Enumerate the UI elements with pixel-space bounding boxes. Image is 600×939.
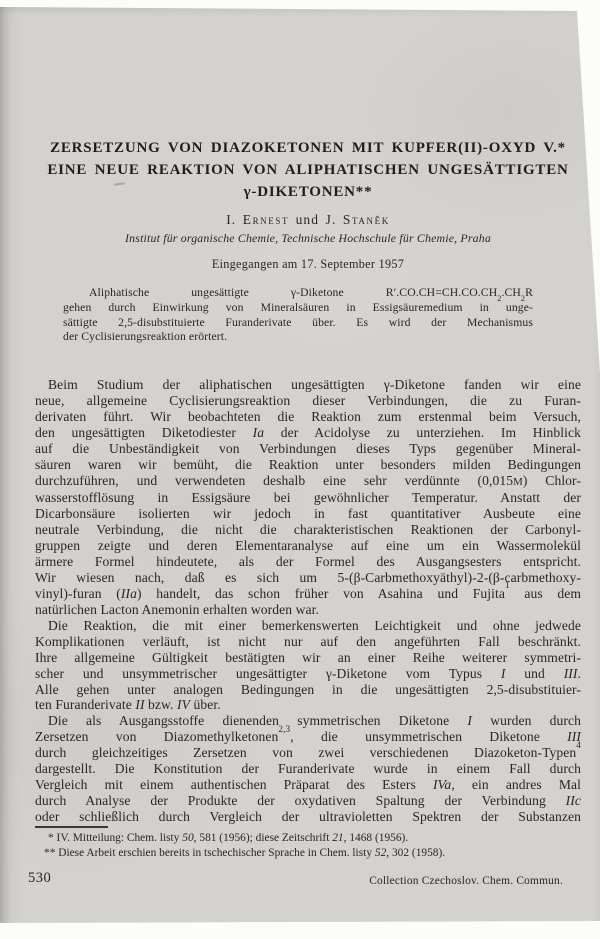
journal-name: Collection Czechoslov. Chem. Commun. <box>369 875 563 887</box>
footnotes-block: * IV. Mitteilung: Chem. listy 50, 581 (1… <box>44 831 566 862</box>
footnote-line: * IV. Mitteilung: Chem. listy 50, 581 (1… <box>44 831 566 846</box>
paragraph-1: Beim Studium der aliphatischen ungesätti… <box>35 377 581 618</box>
authors-line: I. Ernest und J. Staněk <box>35 212 581 228</box>
abstract-line: Aliphatische ungesättigte γ-Diketone R′.… <box>63 286 533 301</box>
body-line: ten Furanderivate II bzw. IV über. <box>35 697 581 713</box>
abstract-block: Aliphatische ungesättigte γ-Diketone R′.… <box>63 286 533 345</box>
body-line: neutrale Verbindung, die nicht die chara… <box>35 522 581 538</box>
body-line: ärmere Formel hindeutete, als der Formel… <box>35 554 581 570</box>
article-title-line: ZERSETZUNG VON DIAZOKETONEN MIT KUPFER(I… <box>35 137 581 159</box>
abstract-line: der Cyclisierungsreaktion erörtert. <box>63 330 533 345</box>
abstract-line: sättigte 2,5-disubstituierte Furanderiva… <box>63 316 533 331</box>
article-title: ZERSETZUNG VON DIAZOKETONEN MIT KUPFER(I… <box>35 137 581 203</box>
paragraph-3: Die als Ausgangsstoffe dienenden symmetr… <box>35 713 581 824</box>
affiliation-line: Institut für organische Chemie, Technisc… <box>35 231 581 246</box>
body-text: Beim Studium der aliphatischen ungesätti… <box>35 377 581 825</box>
body-line: Beim Studium der aliphatischen ungesätti… <box>35 377 581 393</box>
body-line: Die Reaktion, die mit einer bemerkenswer… <box>35 618 581 634</box>
body-line: Vergleich mit einem authentischen Präpar… <box>35 777 581 793</box>
body-line: den ungesättigten Diketodiester Ia der A… <box>35 425 581 441</box>
received-date-line: Eingegangen am 17. September 1957 <box>35 257 581 272</box>
body-line: dargestellt. Die Konstitution der Furand… <box>35 761 581 777</box>
page-number: 530 <box>28 870 51 887</box>
paragraph-2: Die Reaktion, die mit einer bemerkenswer… <box>35 618 581 714</box>
body-line: durch gleichzeitiges Zersetzen von zwei … <box>35 745 581 761</box>
body-line: Die als Ausgangsstoffe dienenden symmetr… <box>35 713 581 729</box>
body-line: Alle gehen unter analogen Bedingungen in… <box>35 682 581 698</box>
body-line: wasserstofflösung in Essigsäure bei gewö… <box>35 490 581 506</box>
body-line: gruppen zeigte und deren Elementaranalys… <box>35 538 581 554</box>
body-line: scher und unsymmetrischer ungesättigter … <box>35 666 581 682</box>
abstract-line: gehen durch Einwirkung von Mineralsäuren… <box>63 301 533 316</box>
body-line: Wir wiesen nach, daß es sich um 5-(β-Car… <box>35 570 581 586</box>
body-line: derivaten führt. Wir beobachteten die Re… <box>35 409 581 425</box>
body-line: durchzuführen, und verwendeten deshalb e… <box>35 473 581 491</box>
body-line: durch Analyse der Produkte der oxydative… <box>35 793 581 809</box>
article-title-line: γ-DIKETONEN** <box>35 181 581 203</box>
body-line: neue, allgemeine Cyclisierungsreaktion d… <box>35 393 581 409</box>
body-line: Komplikationen verläuft, ist nicht nur a… <box>35 634 581 650</box>
body-line: säuren waren wir bemüht, die Reaktion un… <box>35 457 581 473</box>
article-title-line: EINE NEUE REAKTION VON ALIPHATISCHEN UNG… <box>35 159 581 181</box>
body-line: auf die Unbeständigkeit von Verbindungen… <box>35 441 581 457</box>
body-line: natürlichen Lacton Anemonin erhalten wor… <box>35 602 581 618</box>
body-line: Dicarbonsäure isolierten wir jedoch in f… <box>35 506 581 522</box>
scanned-journal-page: { "colors": { "paper": "#d4d2ce", "ink":… <box>0 0 600 939</box>
body-line: Ihre allgemeine Gültigkeit bestätigten w… <box>35 650 581 666</box>
footnote-divider <box>35 826 108 828</box>
body-line: oder schließlich durch Vergleich der ult… <box>35 809 581 825</box>
body-line: Zersetzen von Diazomethylketonen2,3, die… <box>35 729 581 745</box>
footnote-line: ** Diese Arbeit erschien bereits in tsch… <box>44 846 566 861</box>
body-line: vinyl)-furan (IIa) handelt, das schon fr… <box>35 586 581 602</box>
paper-scan: ZERSETZUNG VON DIAZOKETONEN MIT KUPFER(I… <box>0 0 600 939</box>
